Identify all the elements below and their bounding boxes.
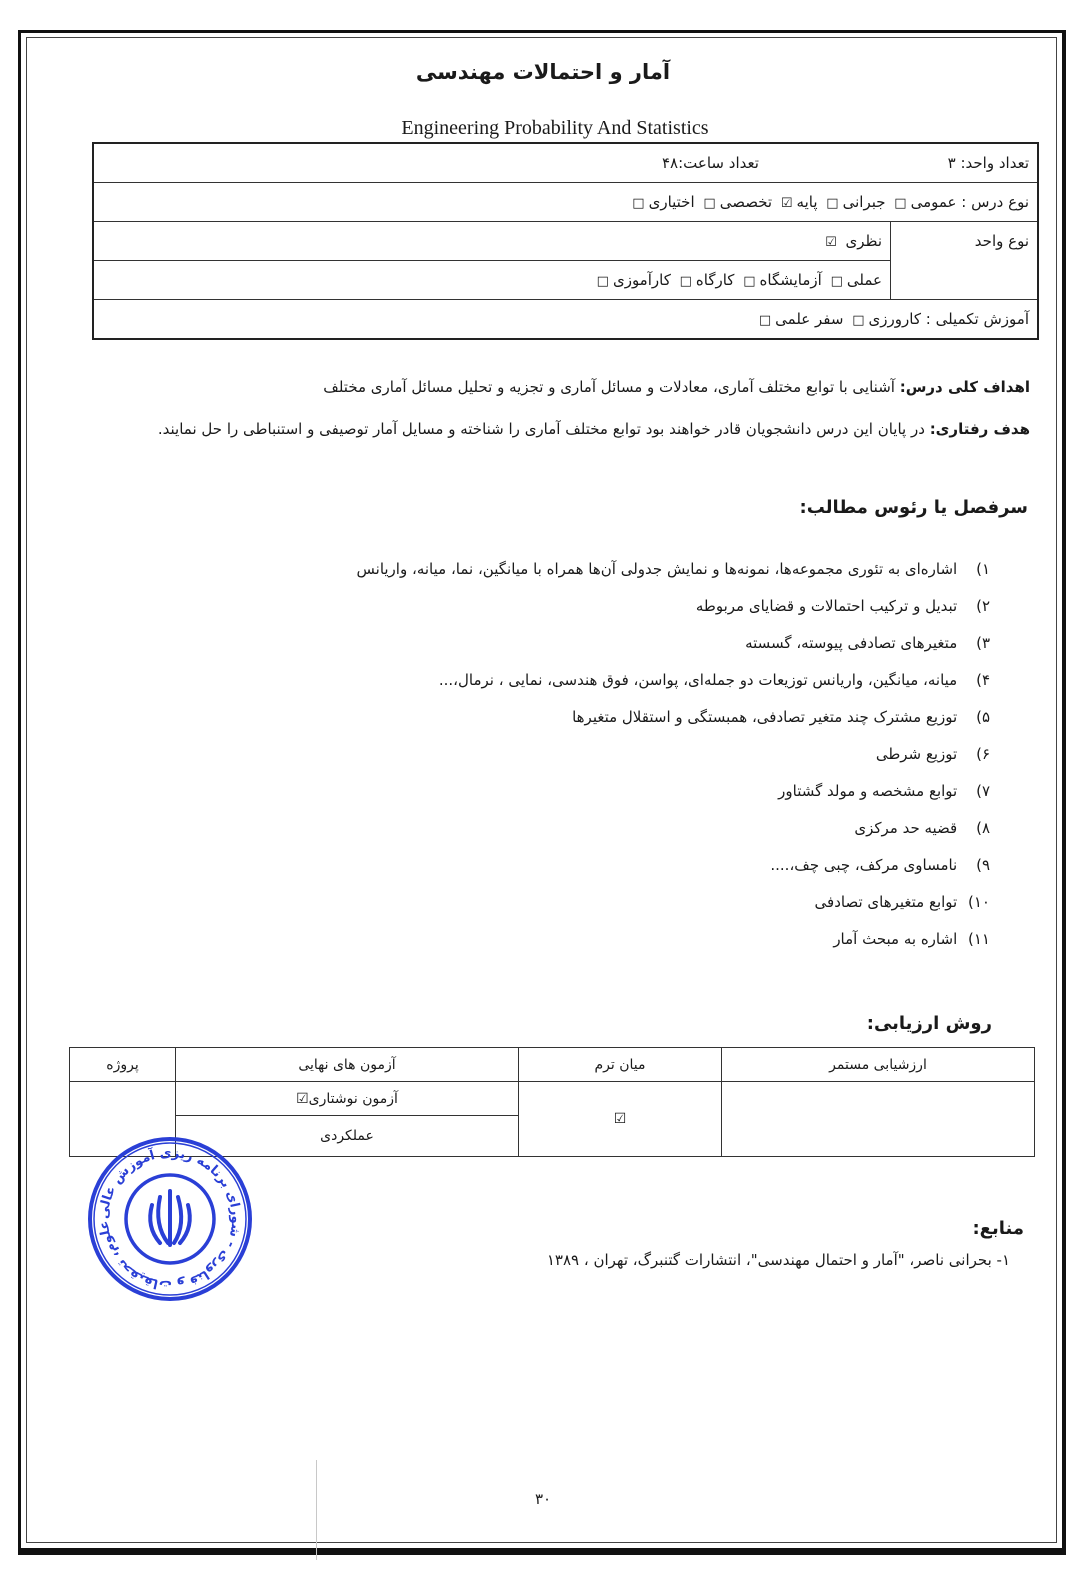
official-stamp-icon: وزارت علوم، تحقیقات و فناوری - شورای برن… (86, 1135, 254, 1303)
supplementary-row: آموزش تکمیلی : کارورزی□ سفر علمی□ (93, 300, 1038, 340)
reference-item: ۱- بحرانی ناصر، "آمار و احتمال مهندسی"، … (547, 1251, 1010, 1269)
topics-title: سرفصل یا رئوس مطالب: (800, 497, 1029, 518)
practical-type-option-label: عملی (847, 271, 882, 289)
topic-text: اشاره به مبحث آمار (833, 930, 962, 948)
topic-text: توابع متغیرهای تصادفی (815, 893, 962, 911)
practical-type-option: کارآموزی□ (593, 271, 671, 289)
topic-item: ۲) تبدیل و ترکیب احتمالات و قضایای مربوط… (210, 588, 990, 625)
behavioral-objective-label: هدف رفتاری: (930, 420, 1030, 438)
course-type-checkbox[interactable]: □ (894, 196, 906, 211)
topic-number: ۱) (962, 551, 990, 588)
topic-text: میانه، میانگین، واریانس توزیعات دو جمله‌… (439, 671, 962, 689)
course-type-label: نوع درس : (961, 193, 1029, 211)
course-type-option: تخصصی□ (695, 193, 772, 211)
topic-number: ۸) (962, 810, 990, 847)
supplementary-type-checkbox[interactable]: □ (852, 313, 864, 328)
practical-type-option-label: آزمایشگاه (760, 271, 822, 289)
midterm-checkbox[interactable]: ☑ (519, 1082, 722, 1157)
topic-item: ۹) نامساوی مرکف، چبی چف،.... (210, 847, 990, 884)
course-title-fa: آمار و احتمالات مهندسی (0, 60, 1086, 84)
topic-item: ۸) قضیه حد مرکزی (210, 810, 990, 847)
references-block: منابع: ۱- بحرانی ناصر، "آمار و احتمال مه… (547, 1218, 1024, 1269)
evaluation-row-1: ☑ آزمون نوشتاری☑ (70, 1082, 1035, 1116)
topics-list: ۱) اشاره‌ای به تئوری مجموعه‌ها، نمونه‌ها… (210, 551, 990, 958)
theory-checkbox[interactable]: ☑ (825, 235, 837, 250)
supplementary-options: کارورزی□ سفر علمی□ (755, 310, 921, 328)
topic-item: ۴) میانه، میانگین، واریانس توزیعات دو جم… (210, 662, 990, 699)
topic-number: ۱۱) (962, 921, 990, 958)
practical-type-checkbox[interactable]: □ (597, 274, 609, 289)
course-type-option: پایه☑ (772, 193, 817, 211)
header-project: پروژه (70, 1048, 176, 1082)
topic-number: ۳) (962, 625, 990, 662)
header-final: آزمون های نهایی (176, 1048, 519, 1082)
practical-type-option-label: کارگاه (696, 271, 735, 289)
topic-item: ۵) توزیع مشترک چند متغیر تصادفی، همبستگی… (210, 699, 990, 736)
topic-item: ۱) اشاره‌ای به تئوری مجموعه‌ها، نمونه‌ها… (210, 551, 990, 588)
unit-type-row: نوع واحد نظری ☑ (93, 222, 1038, 261)
topic-item: ۶) توزیع شرطی (210, 736, 990, 773)
supplementary-type-option-label: سفر علمی (775, 310, 843, 328)
practical-type-option: عملی□ (822, 271, 882, 289)
course-type-option-label: تخصصی (720, 193, 772, 211)
objectives-block: اهداف کلی درس: آشنایی با توابع مختلف آما… (150, 366, 1030, 450)
course-type-option: اختیاری□ (628, 193, 694, 211)
general-objective-text: آشنایی با توابع مختلف آماری، معادلات و م… (323, 378, 895, 396)
topic-number: ۴) (962, 662, 990, 699)
practical-type-checkbox[interactable]: □ (831, 274, 843, 289)
topic-number: ۶) (962, 736, 990, 773)
scan-fold-line (316, 1460, 317, 1560)
practical-type-option: کارگاه□ (671, 271, 735, 289)
topic-text: توابع مشخصه و مولد گشتاور (778, 782, 962, 800)
topic-item: ۷) توابع مشخصه و مولد گشتاور (210, 773, 990, 810)
course-type-checkbox[interactable]: □ (826, 196, 838, 211)
supplementary-type-option: سفر علمی□ (755, 310, 844, 328)
evaluation-header-row: ارزشیابی مستمر میان ترم آزمون های نهایی … (70, 1048, 1035, 1082)
course-type-option-label: اختیاری (649, 193, 695, 211)
unit-type-label: نوع واحد (891, 222, 1039, 300)
course-title-en: Engineering Probability And Statistics (0, 117, 1086, 140)
topic-item: ۳) متغیرهای تصادفی پیوسته، گسسته (210, 625, 990, 662)
topic-text: قضیه حد مرکزی (854, 819, 962, 837)
topic-item: ۱۱) اشاره به مبحث آمار (210, 921, 990, 958)
topic-number: ۱۰) (962, 884, 990, 921)
topic-text: متغیرهای تصادفی پیوسته، گسسته (745, 634, 962, 652)
course-type-checkbox[interactable]: ☑ (781, 196, 793, 211)
topic-text: اشاره‌ای به تئوری مجموعه‌ها، نمونه‌ها و … (357, 560, 962, 578)
course-type-option-label: جبرانی (843, 193, 886, 211)
topic-text: نامساوی مرکف، چبی چف،.... (770, 856, 962, 874)
topic-number: ۹) (962, 847, 990, 884)
topic-text: توزیع شرطی (876, 745, 962, 763)
supplementary-label: آموزش تکمیلی : (926, 310, 1029, 328)
topic-number: ۷) (962, 773, 990, 810)
hours-count: تعداد ساعت:۴۸ (662, 154, 759, 172)
course-type-option-label: عمومی (911, 193, 957, 211)
practical-options: عملی□ آزمایشگاه□ کارگاه□ کارآموزی□ (593, 271, 882, 289)
references-title: منابع: (547, 1218, 1024, 1239)
course-type-checkbox[interactable]: □ (703, 196, 715, 211)
behavioral-objective-text: در پایان این درس دانشجویان قادر خواهند ب… (158, 420, 925, 438)
practical-type-checkbox[interactable]: □ (743, 274, 755, 289)
evaluation-title: روش ارزیابی: (867, 1013, 992, 1034)
topic-text: توزیع مشترک چند متغیر تصادفی، همبستگی و … (572, 708, 962, 726)
theory-label: نظری (846, 232, 883, 250)
topic-item: ۱۰) توابع متغیرهای تصادفی (210, 884, 990, 921)
header-continuous: ارزشیابی مستمر (722, 1048, 1035, 1082)
course-type-option: جبرانی□ (818, 193, 886, 211)
final-written-cell: آزمون نوشتاری☑ (176, 1082, 519, 1116)
units-count: تعداد واحد: ۳ (948, 154, 1029, 172)
supplementary-type-checkbox[interactable]: □ (759, 313, 771, 328)
course-type-row: نوع درس : عمومی□ جبرانی□ پایه☑ تخصصی□ اخ… (93, 183, 1038, 222)
course-type-checkbox[interactable]: □ (632, 196, 644, 211)
general-objective: اهداف کلی درس: آشنایی با توابع مختلف آما… (150, 366, 1030, 408)
practical-type-option: آزمایشگاه□ (734, 271, 821, 289)
continuous-cell (722, 1082, 1035, 1157)
header-midterm: میان ترم (519, 1048, 722, 1082)
course-type-option: عمومی□ (886, 193, 957, 211)
general-objective-label: اهداف کلی درس: (900, 378, 1030, 396)
topic-text: تبدیل و ترکیب احتمالات و قضایای مربوطه (696, 597, 962, 615)
topic-number: ۲) (962, 588, 990, 625)
page-number: ۳۰ (0, 1490, 1086, 1508)
practical-type-checkbox[interactable]: □ (680, 274, 692, 289)
supplementary-type-option-label: کارورزی (869, 310, 921, 328)
units-hours-row: تعداد واحد: ۳ تعداد ساعت:۴۸ (93, 143, 1038, 183)
course-type-options: عمومی□ جبرانی□ پایه☑ تخصصی□ اختیاری□ (628, 193, 956, 211)
course-info-table: تعداد واحد: ۳ تعداد ساعت:۴۸ نوع درس : عم… (92, 142, 1039, 340)
behavioral-objective: هدف رفتاری: در پایان این درس دانشجویان ق… (150, 408, 1030, 450)
course-type-option-label: پایه (797, 193, 818, 211)
practical-type-option-label: کارآموزی (613, 271, 671, 289)
supplementary-type-option: کارورزی□ (843, 310, 921, 328)
topic-number: ۵) (962, 699, 990, 736)
